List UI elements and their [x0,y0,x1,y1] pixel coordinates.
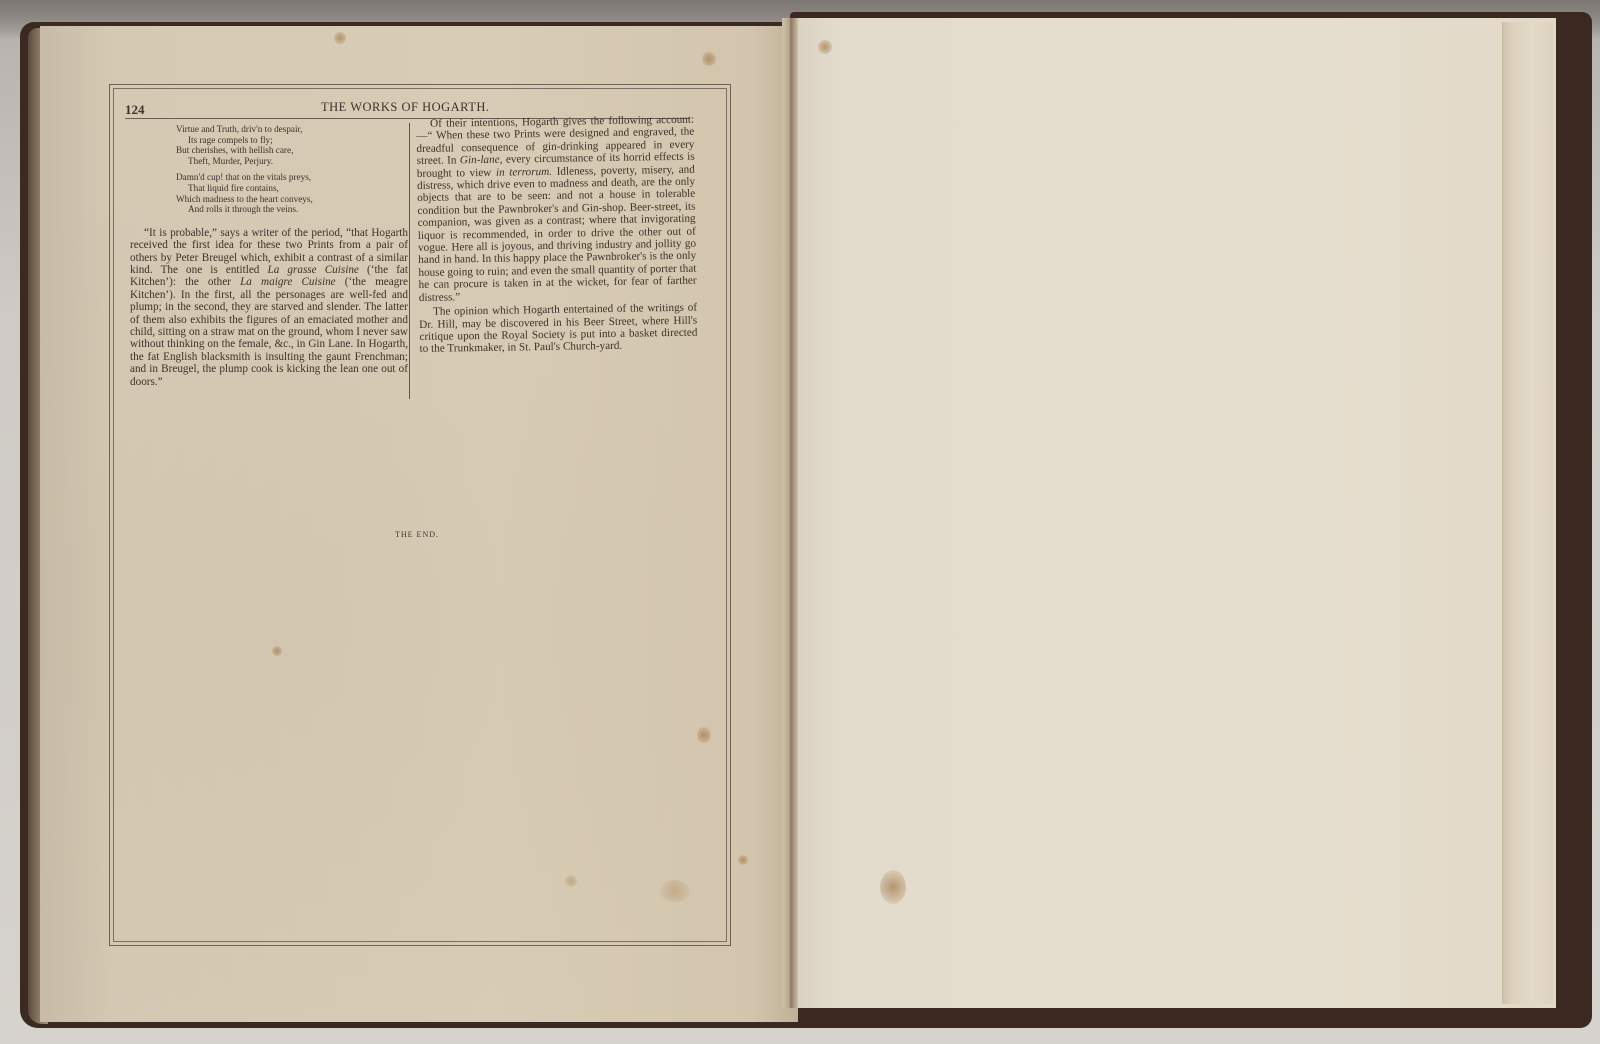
book-gutter [782,18,798,1008]
breugel-quote-paragraph: “It is probable,” says a writer of the p… [130,227,408,388]
verse-line: Which madness to the heart conveys, [130,194,408,205]
italic-title: La maigre Cuisine [240,276,336,288]
foxing-spot [702,52,716,66]
right-page-blank[interactable] [794,18,1556,1008]
foxing-spot [880,870,906,904]
italic-title: La grasse Cuisine [268,264,359,276]
italic-term: Gin-lane [460,154,500,167]
verse-line: Damn'd cup! that on the vitals preys, [130,172,408,183]
verse-line: And rolls it through the veins. [130,204,408,215]
running-head-title: THE WORKS OF HOGARTH. [321,100,490,115]
column-rule [409,123,410,399]
text-run: (‘the meagre Kitchen’). In the first, al… [130,276,408,387]
right-page-hinge-fold [1502,22,1553,1004]
verse-line: Its rage compels to fly; [130,135,408,146]
dr-hill-paragraph: The opinion which Hogarth entertained of… [419,302,698,356]
left-text-column: Virtue and Truth, driv'n to despair, Its… [130,124,408,388]
the-end-colophon: THE END. [395,530,439,539]
foxing-spot [334,32,346,44]
italic-term: in terrorum. [496,165,552,178]
text-run: Idleness, poverty, misery, and distress,… [417,163,697,303]
verse-stanza-2: Damn'd cup! that on the vitals preys, Th… [130,172,408,214]
verse-line: Virtue and Truth, driv'n to despair, [130,124,408,135]
verse-stanza-1: Virtue and Truth, driv'n to despair, Its… [130,124,408,166]
right-text-column: Of their intentions, Hogarth gives the f… [416,114,698,356]
page-number: 124 [125,102,145,118]
hogarth-account-paragraph: Of their intentions, Hogarth gives the f… [416,114,697,304]
foxing-spot [818,40,832,54]
verse-line: Theft, Murder, Perjury. [130,156,408,167]
verse-line: That liquid fire contains, [130,183,408,194]
foxing-spot [738,855,748,865]
verse-line: But cherishes, with hellish care, [130,145,408,156]
